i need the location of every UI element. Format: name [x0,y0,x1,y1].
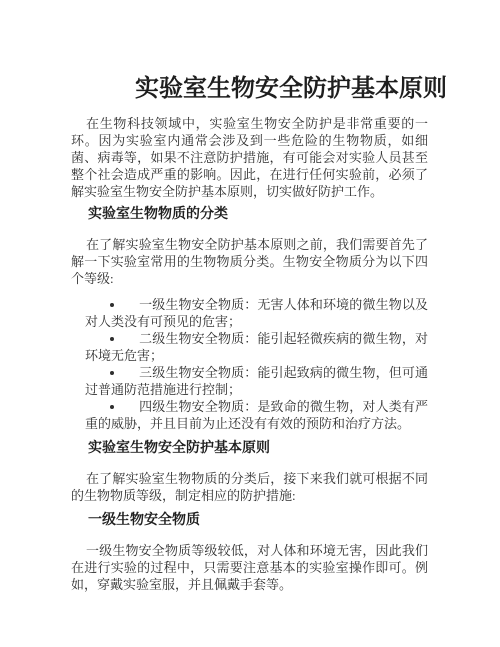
principles-paragraph: 在了解实验室生物物质的分类后，接下来我们就可根据不同的生物物质等级，制定相应的防… [71,470,428,504]
bullet-icon [110,303,114,307]
section-heading-classification: 实验室生物物质的分类 [71,206,428,224]
bullet-icon [110,371,114,375]
classification-paragraph: 在了解实验室生物安全防护基本原则之前，我们需要首先了解一下实验室常用的生物物质分… [71,236,428,287]
intro-paragraph: 在生物科技领域中，实验室生物安全防护是非常重要的一环。因为实验室内通常会涉及到一… [71,115,428,200]
bullet-icon [110,405,114,409]
section-heading-principles: 实验室生物安全防护基本原则 [71,440,428,458]
document-page: 实验室生物安全防护基本原则 在生物科技领域中，实验室生物安全防护是非常重要的一环… [0,0,500,647]
level-1-paragraph: 一级生物安全物质等级较低，对人体和环境无害，因此我们在进行实验的过程中，只需要注… [71,542,428,593]
list-item-level-3: 三级生物安全物质：能引起致病的微生物，但可通过普通防范措施进行控制； [71,364,428,398]
document-title: 实验室生物安全防护基本原则 [71,76,428,102]
list-item-text: 二级生物安全物质：能引起轻微疾病的微生物，对环境无危害； [85,331,428,363]
biosafety-levels-list: 一级生物安全物质：无害人体和环境的微生物以及对人类没有可预见的危害； 二级生物安… [71,296,428,432]
list-item-level-4: 四级生物安全物质：是致命的微生物，对人类有严重的威胁，并且目前为止还没有有效的预… [71,398,428,432]
bullet-icon [110,337,114,341]
list-item-level-2: 二级生物安全物质：能引起轻微疾病的微生物，对环境无危害； [71,330,428,364]
section-heading-level-1: 一级生物安全物质 [71,512,428,530]
list-item-level-1: 一级生物安全物质：无害人体和环境的微生物以及对人类没有可预见的危害； [71,296,428,330]
list-item-text: 四级生物安全物质：是致命的微生物，对人类有严重的威胁，并且目前为止还没有有效的预… [85,399,428,431]
list-item-text: 一级生物安全物质：无害人体和环境的微生物以及对人类没有可预见的危害； [85,297,428,329]
list-item-text: 三级生物安全物质：能引起致病的微生物，但可通过普通防范措施进行控制； [85,365,428,397]
